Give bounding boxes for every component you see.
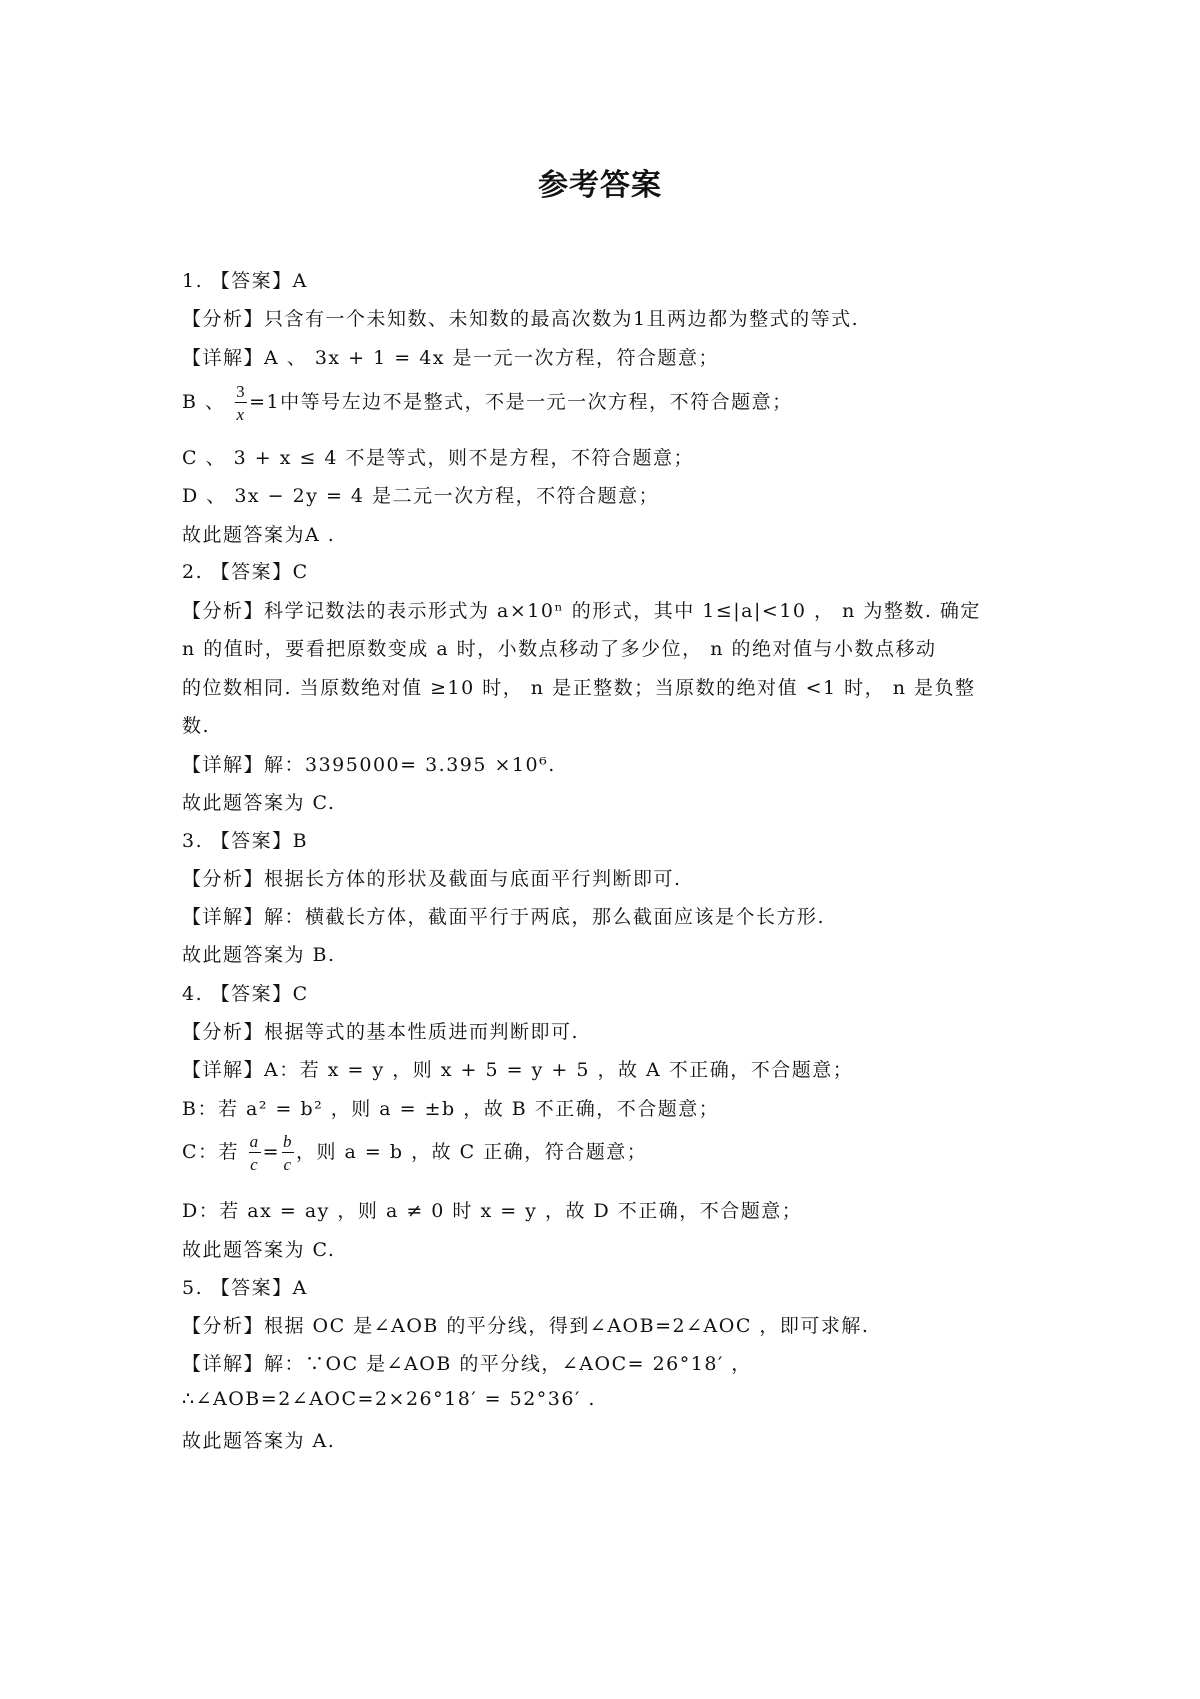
q4-c-rest: ，则 a = b ，故 C 正确，符合题意； <box>296 1141 647 1163</box>
q5-analysis: 【分析】根据 OC 是∠AOB 的平分线，得到∠AOB=2∠AOC ，即可求解. <box>182 1311 869 1338</box>
q1-conclusion: 故此题答案为A . <box>182 520 335 547</box>
q4-c-fraction-1: ac <box>249 1133 261 1173</box>
q3-conclusion: 故此题答案为 B. <box>182 940 336 967</box>
q2-analysis-line-2: n 的值时，要看把原数变成 a 时，小数点移动了多少位， n 的绝对值与小数点移… <box>182 634 937 661</box>
q1-answer: 1. 【答案】A <box>182 266 308 293</box>
fraction-numerator: a <box>249 1133 261 1153</box>
page-title: 参考答案 <box>0 160 1200 204</box>
q3-answer: 3. 【答案】B <box>182 826 308 853</box>
fraction-denominator: c <box>249 1153 261 1173</box>
q4-detail-a: 【详解】A：若 x = y ，则 x + 5 = y + 5 ，故 A 不正确，… <box>182 1055 853 1082</box>
q1-option-b: B 、 3x=1中等号左边不是整式，不是一元一次方程，不符合题意； <box>182 383 793 423</box>
q4-option-d: D：若 ax = ay ，则 a ≠ 0 时 x = y ，故 D 不正确，不合… <box>182 1196 802 1223</box>
q2-analysis-line-1: 【分析】科学记数法的表示形式为 a×10ⁿ 的形式，其中 1≤|a|<10 ， … <box>182 596 981 623</box>
q4-option-c: C：若 ac=bc，则 a = b ，故 C 正确，符合题意； <box>182 1133 647 1173</box>
q1-option-a: A 、 3x + 1 = 4x 是一元一次方程，符合题意； <box>264 347 719 369</box>
q2-conclusion: 故此题答案为 C. <box>182 788 335 815</box>
q4-c-prefix: C：若 <box>182 1141 239 1163</box>
q1-option-d: D 、 3x − 2y = 4 是二元一次方程，不符合题意； <box>182 481 659 508</box>
q4-c-fraction-2: bc <box>282 1133 294 1173</box>
fraction-numerator: b <box>282 1133 294 1153</box>
q5-detail: 【详解】解：∵OC 是∠AOB 的平分线，∠AOC= 26°18′ ， <box>182 1349 752 1376</box>
fraction-denominator: x <box>235 403 247 423</box>
q4-option-b: B：若 a² = b² ，则 a = ±b ，故 B 不正确，不合题意； <box>182 1094 719 1121</box>
fraction-denominator: c <box>282 1153 294 1173</box>
q3-detail: 【详解】解：横截长方体，截面平行于两底，那么截面应该是个长方形. <box>182 902 825 929</box>
q2-answer: 2. 【答案】C <box>182 557 309 584</box>
q2-analysis-line-3: 的位数相同. 当原数绝对值 ≥10 时， n 是正整数；当原数的绝对值 <1 时… <box>182 673 975 700</box>
q2-detail: 【详解】解：3395000= 3.395 ×10⁶. <box>182 750 556 777</box>
q2-analysis-line-4: 数. <box>182 711 210 738</box>
q5-answer: 5. 【答案】A <box>182 1273 308 1300</box>
q1-detail-a: 【详解】A 、 3x + 1 = 4x 是一元一次方程，符合题意； <box>182 343 719 370</box>
q1-b-fraction: 3x <box>235 383 247 423</box>
fraction-numerator: 3 <box>235 383 247 403</box>
q5-step: ∴∠AOB=2∠AOC=2×26°18′ = 52°36′ . <box>182 1388 596 1410</box>
q1-b-rest: =1中等号左边不是整式，不是一元一次方程，不符合题意； <box>249 391 793 413</box>
q4-analysis: 【分析】根据等式的基本性质进而判断即可. <box>182 1017 579 1044</box>
q1-b-prefix: B 、 <box>182 391 226 413</box>
q1-option-c: C 、 3 + x ≤ 4 不是等式，则不是方程，不符合题意； <box>182 443 694 470</box>
q4-answer: 4. 【答案】C <box>182 979 309 1006</box>
q1-detail-label: 【详解】 <box>182 347 264 369</box>
q4-c-equals: = <box>263 1141 280 1163</box>
q1-analysis: 【分析】只含有一个未知数、未知数的最高次数为1且两边都为整式的等式. <box>182 304 859 331</box>
q3-analysis: 【分析】根据长方体的形状及截面与底面平行判断即可. <box>182 864 682 891</box>
q4-conclusion: 故此题答案为 C. <box>182 1235 335 1262</box>
q5-conclusion: 故此题答案为 A. <box>182 1426 335 1453</box>
